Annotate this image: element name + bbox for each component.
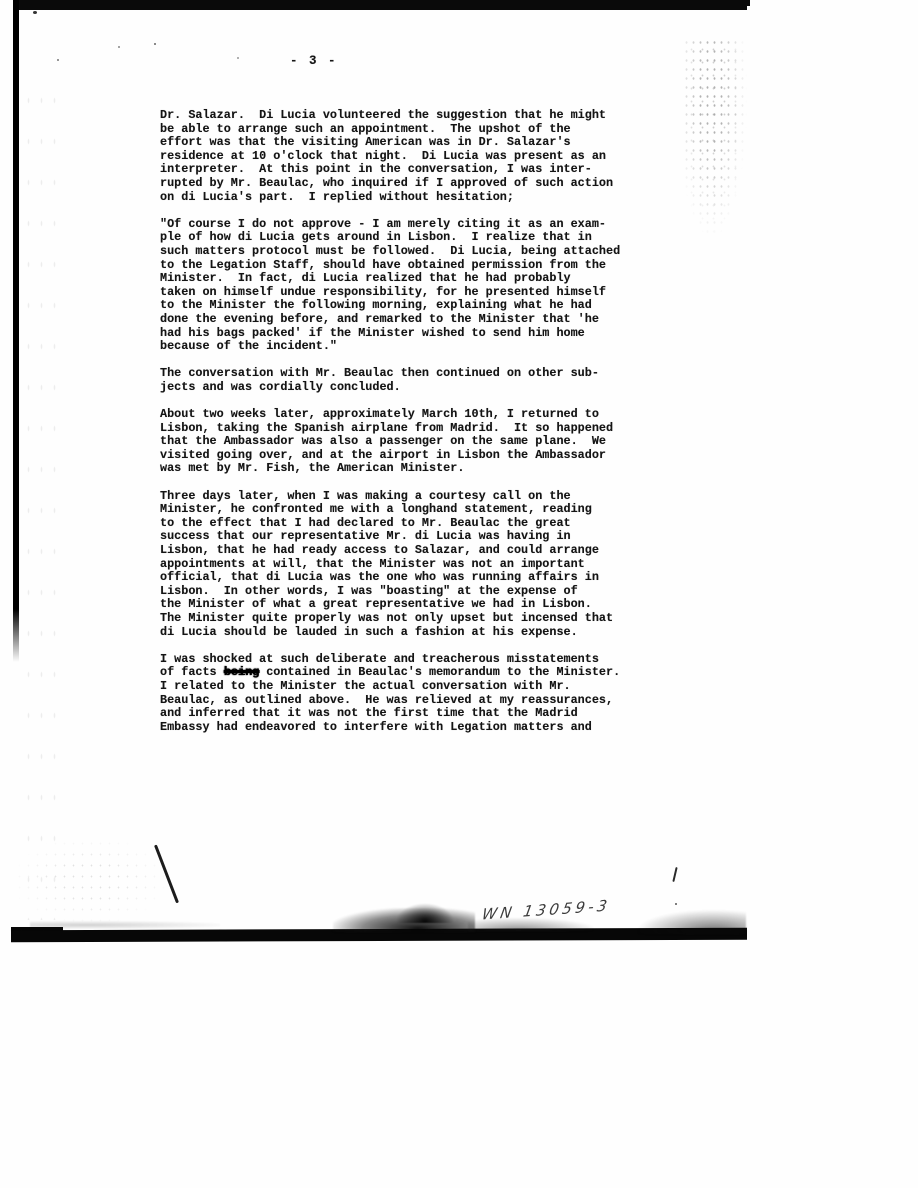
text-line: visited going over, and at the airport i… bbox=[160, 449, 630, 463]
text-line: to the effect that I had declared to Mr.… bbox=[160, 517, 630, 531]
paragraph-2-quote: "Of course I do not approve - I am merel… bbox=[160, 218, 630, 354]
text-line: Lisbon, that he had ready access to Sala… bbox=[160, 544, 630, 558]
paragraph-1: Dr. Salazar. Di Lucia volunteered the su… bbox=[160, 109, 630, 204]
stray-mark bbox=[675, 903, 677, 905]
text-line: jects and was cordially concluded. bbox=[160, 381, 630, 395]
text-segment: contained in Beaulac's memorandum to the… bbox=[259, 665, 620, 679]
stray-mark bbox=[154, 43, 156, 45]
text-line-with-strikeout: of facts being contained in Beaulac's me… bbox=[160, 666, 630, 680]
text-line: be able to arrange such an appointment. … bbox=[160, 123, 630, 137]
stray-mark bbox=[57, 59, 59, 61]
scanned-page: - 3 - Dr. Salazar. Di Lucia volunteered … bbox=[0, 0, 918, 1188]
text-line: rupted by Mr. Beaulac, who inquired if I… bbox=[160, 177, 630, 191]
text-line: Minister. In fact, di Lucia realized tha… bbox=[160, 272, 630, 286]
text-line: I related to the Minister the actual con… bbox=[160, 680, 630, 694]
text-line: ple of how di Lucia gets around in Lisbo… bbox=[160, 231, 630, 245]
text-line: done the evening before, and remarked to… bbox=[160, 313, 630, 327]
paragraph-4: About two weeks later, approximately Mar… bbox=[160, 408, 630, 476]
ink-smudge bbox=[396, 903, 454, 923]
text-line: to the Legation Staff, should have obtai… bbox=[160, 259, 630, 273]
text-line: Lisbon, taking the Spanish airplane from… bbox=[160, 422, 630, 436]
speckle-noise bbox=[683, 38, 747, 236]
text-line: and inferred that it was not the first t… bbox=[160, 707, 630, 721]
paragraph-3: The conversation with Mr. Beaulac then c… bbox=[160, 367, 630, 394]
text-line: Embassy had endeavored to interfere with… bbox=[160, 721, 630, 735]
stray-mark bbox=[33, 11, 37, 14]
paragraph-6: I was shocked at such deliberate and tre… bbox=[160, 653, 630, 735]
stray-mark bbox=[118, 46, 120, 48]
text-line: Three days later, when I was making a co… bbox=[160, 490, 630, 504]
text-line: The conversation with Mr. Beaulac then c… bbox=[160, 367, 630, 381]
text-line: success that our representative Mr. di L… bbox=[160, 530, 630, 544]
text-line: had his bags packed' if the Minister wis… bbox=[160, 327, 630, 341]
struck-word: being bbox=[224, 665, 259, 679]
text-line: that the Ambassador was also a passenger… bbox=[160, 435, 630, 449]
ink-smudge bbox=[638, 910, 746, 934]
text-line: because of the incident." bbox=[160, 340, 630, 354]
text-line: was met by Mr. Fish, the American Minist… bbox=[160, 462, 630, 476]
text-line: "Of course I do not approve - I am merel… bbox=[160, 218, 630, 232]
text-line: effort was that the visiting American wa… bbox=[160, 136, 630, 150]
stray-mark bbox=[237, 57, 239, 59]
page-number: - 3 - bbox=[290, 54, 338, 68]
paragraph-5: Three days later, when I was making a co… bbox=[160, 490, 630, 640]
text-line: taken on himself undue responsibility, f… bbox=[160, 286, 630, 300]
text-line: About two weeks later, approximately Mar… bbox=[160, 408, 630, 422]
typed-text: Dr. Salazar. Di Lucia volunteered the su… bbox=[160, 109, 630, 734]
text-line: the Minister of what a great representat… bbox=[160, 598, 630, 612]
speckle-noise bbox=[22, 80, 62, 920]
text-line: Dr. Salazar. Di Lucia volunteered the su… bbox=[160, 109, 630, 123]
text-line: di Lucia should be lauded in such a fash… bbox=[160, 626, 630, 640]
left-edge-scan-bar bbox=[13, 0, 19, 662]
text-segment: of facts bbox=[160, 665, 224, 679]
text-line: to the Minister the following morning, e… bbox=[160, 299, 630, 313]
text-line: Lisbon. In other words, I was "boasting"… bbox=[160, 585, 630, 599]
text-line: interpreter. At this point in the conver… bbox=[160, 163, 630, 177]
text-line: such matters protocol must be followed. … bbox=[160, 245, 630, 259]
text-line: appointments at will, that the Minister … bbox=[160, 558, 630, 572]
top-edge-scan-bar-corner bbox=[730, 0, 750, 6]
text-line: Beaulac, as outlined above. He was relie… bbox=[160, 694, 630, 708]
top-edge-scan-bar bbox=[14, 0, 747, 10]
text-line: The Minister quite properly was not only… bbox=[160, 612, 630, 626]
pen-stroke bbox=[672, 867, 677, 882]
text-line: on di Lucia's part. I replied without he… bbox=[160, 191, 630, 205]
text-line: Minister, he confronted me with a longha… bbox=[160, 503, 630, 517]
text-line: official, that di Lucia was the one who … bbox=[160, 571, 630, 585]
text-line: residence at 10 o'clock that night. Di L… bbox=[160, 150, 630, 164]
